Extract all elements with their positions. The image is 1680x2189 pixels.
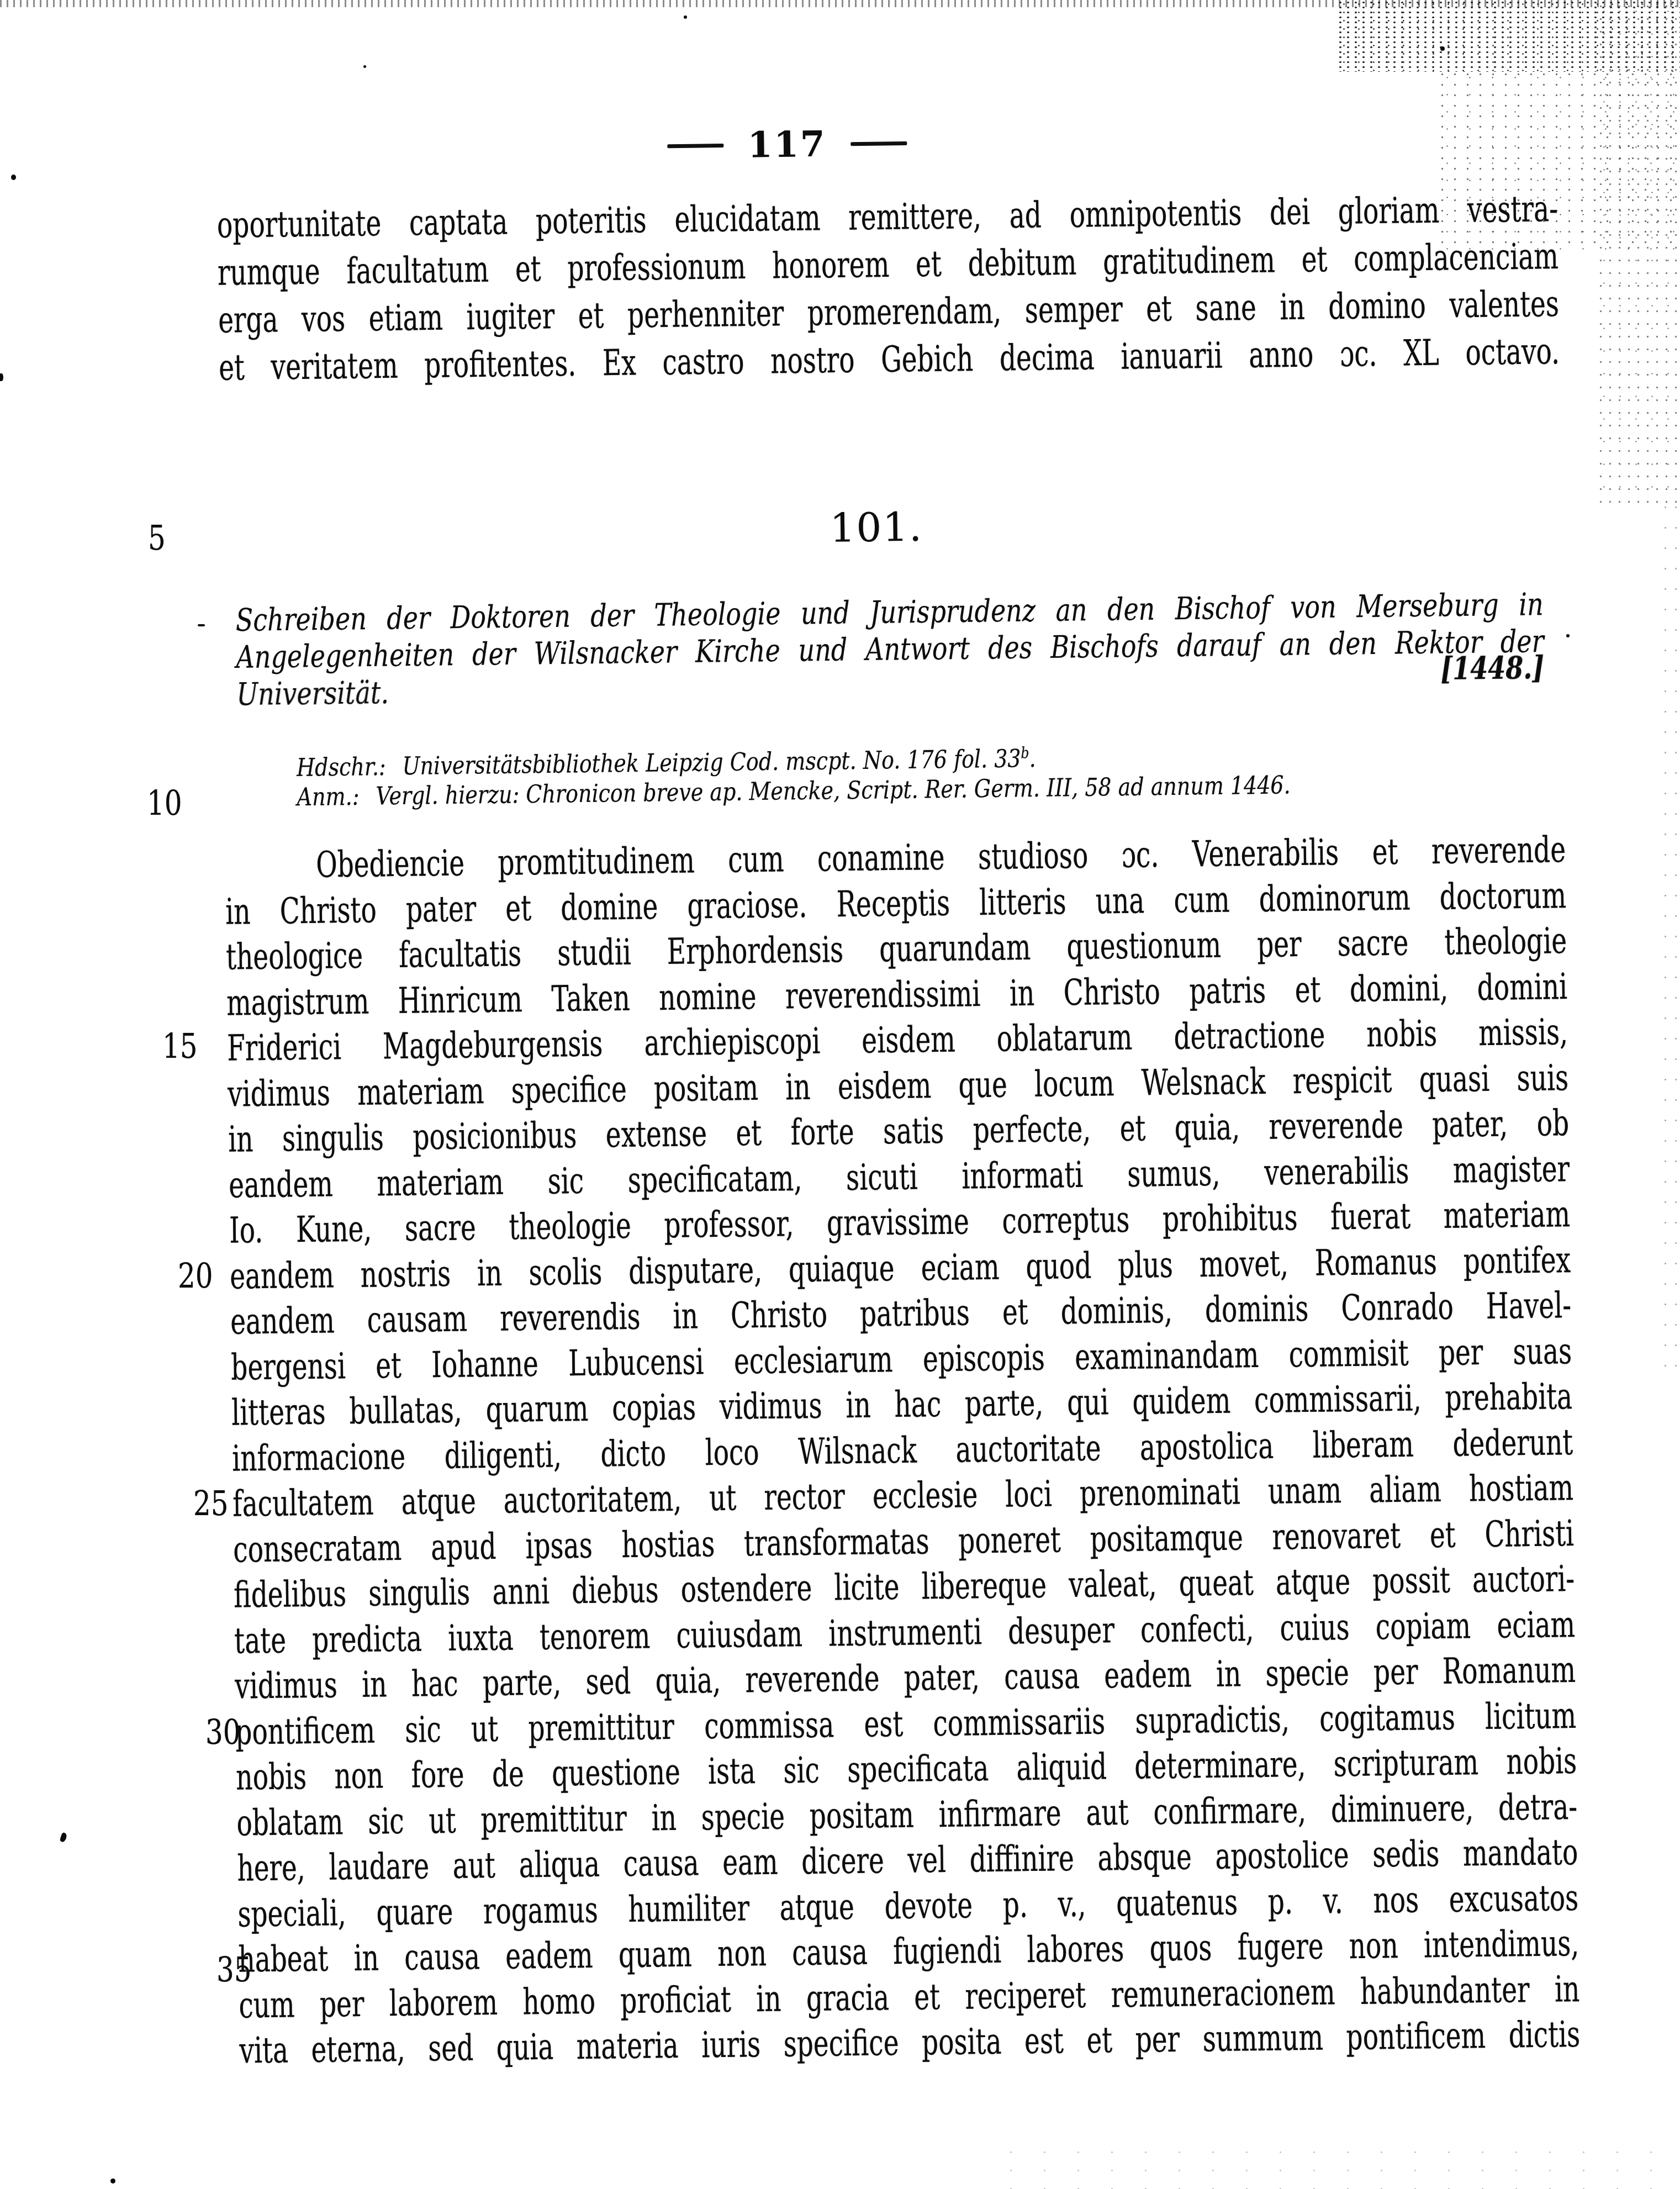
- anm-text: Vergl. hierzu: Chronicon breve ap. Menck…: [376, 771, 1291, 810]
- document-year-label: [1448.]: [1440, 645, 1545, 692]
- regest-summary: Schreiben der Doktoren der Theologie und…: [235, 588, 1544, 715]
- document-body: Obediencie promtitudinem cum conamine st…: [225, 831, 1581, 2078]
- header-rule-left: [667, 144, 723, 148]
- scanned-book-page: 117 oportunitate captata poteritis eluci…: [0, 0, 1680, 2189]
- header-rule-right: [851, 141, 907, 146]
- headnotes: Hdschr.:Universitätsbibliothek Leipzig C…: [297, 731, 1484, 816]
- scan-tilt-layer: 117 oportunitate captata poteritis eluci…: [0, 0, 1680, 2189]
- page-header: 117: [2, 114, 1573, 175]
- document-number-heading: 101.: [6, 493, 1680, 561]
- ink-speck: [0, 373, 3, 381]
- closing-paragraph: oportunitate captata poteritis elucidata…: [217, 190, 1560, 397]
- folio-superscript: b: [1021, 743, 1029, 762]
- anm-label: Anm.:: [297, 782, 359, 811]
- regest-line-end: Universität.: [236, 670, 389, 717]
- page-number: 117: [748, 124, 827, 166]
